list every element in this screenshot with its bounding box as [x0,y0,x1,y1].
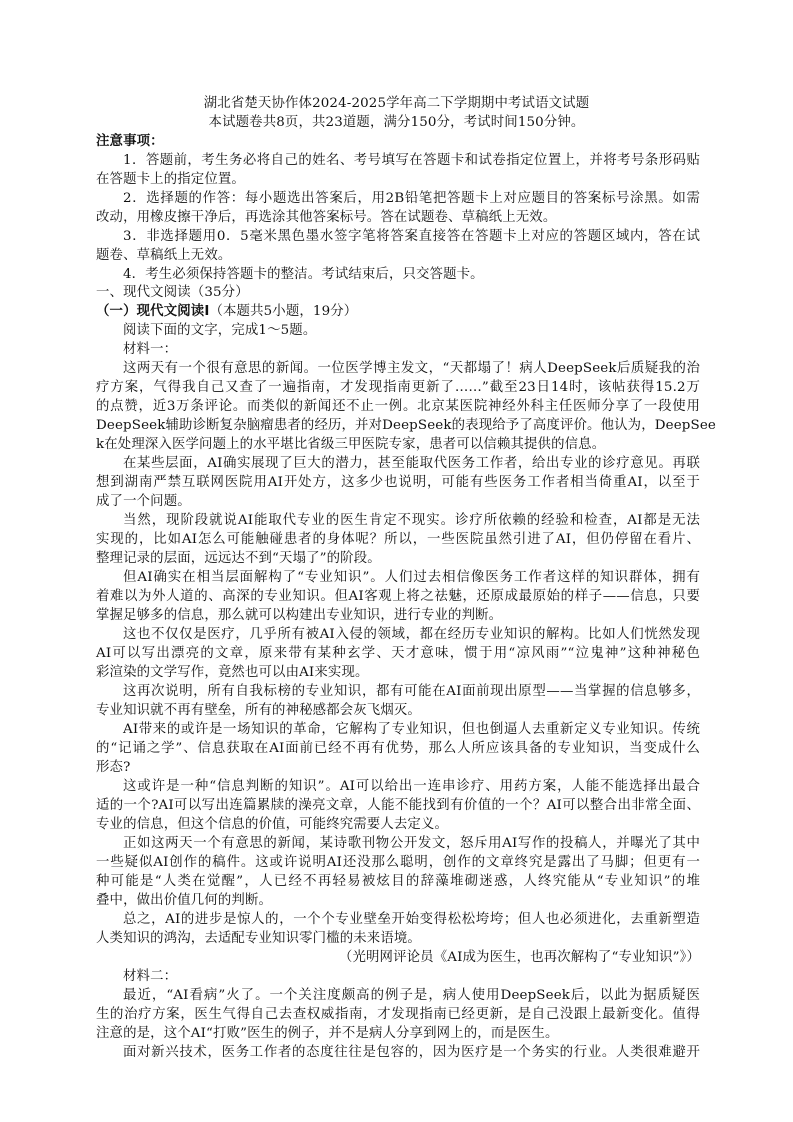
exam-title: 湖北省楚天协作体2024-2025学年高二下学期期中考试语文试题 [0,95,793,114]
paragraph-line: 的点赞，近3万条评论。而类似的新闻还不止一例。北京某医院神经外科主任医师分享了一… [96,398,700,417]
material-one-source: （光明网评论员《AI成为医生，也再次解构了“专业知识”》） [96,949,700,968]
paragraph-line: 生的治疗方案，医生气得自己去查权威指南，才发现指南已经更新，是自己没跟上最新变化… [96,1006,700,1025]
paragraph-line: DeepSeek辅助诊断复杂脑瘤患者的经历，并对DeepSeek的表现给予了高度… [96,417,700,436]
paragraph-line: 正如这两天一个有意思的新闻，某诗歌刊物公开发文，怒斥用AI写作的投稿人，并曝光了… [96,835,700,854]
paragraph-line: AI带来的或许是一场知识的革命，它解构了专业知识，但也倒逼人去重新定义专业知识。… [96,721,700,740]
paragraph-line: 种可能是“人类在觉醒”，人已经不再轻易被炫目的辞藻堆砌迷惑，人终究能从“专业知识… [96,873,700,892]
material-one-label: 材料一： [96,341,700,360]
paragraph-line: 注意的是，这个AI“打败”医生的例子，并不是病人分享到网上的，而是医生。 [96,1025,700,1044]
subsection-note: （本题共5小题，19分） [209,304,357,319]
paragraph-line: 在某些层面，AI确实展现了巨大的潜力，甚至能取代医务工作者，给出专业的诊疗意见。… [96,455,700,474]
paragraph-line: 人类知识的鸿沟，去适配专业知识零门槛的未来语境。 [96,930,700,949]
paragraph-line: 最近，“AI看病”火了。一个关注度颇高的例子是，病人使用DeepSeek后，以此… [96,987,700,1006]
paragraph-line: 形态? [96,759,700,778]
paragraph-line: 彩渲染的文学写作，竟然也可以由AI来实现。 [96,664,700,683]
paragraph-line: 掌握足够多的信息，那么就可以构建出专业知识，进行专业的判断。 [96,607,700,626]
paragraph-line: 专业知识就不再有壁垒，所有的神秘感都会灰飞烟灭。 [96,702,700,721]
paragraph-line: 专业的信息，但这个信息的价值，可能终究需要人去定义。 [96,816,700,835]
paragraph-line: 但AI确实在相当层面解构了“专业知识”。人们过去相信像医务工作者这样的知识群体，… [96,569,700,588]
notice-line: 4．考生必须保持答题卡的整洁。考试结束后，只交答题卡。 [96,266,700,285]
exam-subtitle: 本试题卷共8页，共23道题，满分150分，考试时间150分钟。 [0,114,793,133]
paragraph-line: 面对新兴技术，医务工作者的态度往往是包容的，因为医疗是一个务实的行业。人类很难避… [96,1044,700,1063]
paragraph-line: 总之，AI的进步是惊人的，一个个专业壁垒开始变得松松垮垮；但人也必须进化，去重新… [96,911,700,930]
paragraph-line: 想到湖南严禁互联网医院用AI开处方，这多少也说明，可能有些医务工作者相当倚重AI… [96,474,700,493]
paragraph-line: 这或许是一种“信息判断的知识”。AI可以给出一连串诊疗、用药方案，人能不能选择出… [96,778,700,797]
material-two-label: 材料二： [96,968,700,987]
notice-line: 在答题卡上的指定位置。 [96,171,700,190]
paragraph-line: 疗方案，气得我自己又查了一遍指南，才发现指南更新了……”截至23日14时，该帖获… [96,379,700,398]
section-heading: 一、现代文阅读（35分） [96,284,700,303]
paragraph-line: 整理记录的层面，远远达不到“天塌了”的阶段。 [96,550,700,569]
paragraph-line: 着难以为外人道的、高深的专业知识。但AI客观上将之祛魅，还原成最原始的样子——信… [96,588,700,607]
paragraph-line: 叠中，做出价值几何的判断。 [96,892,700,911]
paragraph-line: 的“记诵之学”、信息获取在AI面前已经不再有优势，那么人所应该具备的专业知识，当… [96,740,700,759]
paragraph-line: 实现的，比如AI怎么可能触碰患者的身体呢？所以，一些医院虽然引进了AI，但仍停留… [96,531,700,550]
paragraph-line: 这再次说明，所有自我标榜的专业知识，都有可能在AI面前现出原型——当掌握的信息够… [96,683,700,702]
reading-instruction: 阅读下面的文字，完成1～5题。 [96,322,700,341]
paragraph-line: AI可以写出漂亮的文章，原来带有某种玄学、天才意味，惯于用“凉风雨”“泣鬼神”这… [96,645,700,664]
notice-line: 3．非选择题用0．5毫米黑色墨水签字笔将答案直接答在答题卡上对应的答题区域内，答… [96,228,700,247]
exam-page: 湖北省楚天协作体2024-2025学年高二下学期期中考试语文试题 本试题卷共8页… [0,0,793,1122]
notice-line: 题卷、草稿纸上无效。 [96,247,700,266]
paragraph-line: 这两天有一个很有意思的新闻。一位医学博主发文，“天都塌了！病人DeepSeek后… [96,360,700,379]
paragraph-line: 当然，现阶段就说AI能取代专业的医生肯定不现实。诊疗所依赖的经验和检查，AI都是… [96,512,700,531]
paragraph-line: 一些疑似AI创作的稿件。这或许说明AI还没那么聪明，创作的文章终究是露出了马脚；… [96,854,700,873]
notice-heading: 注意事项： [96,133,700,152]
notice-line: 改动，用橡皮擦干净后，再选涂其他答案标号。答在试题卷、草稿纸上无效。 [96,209,700,228]
notice-line: 1．答题前，考生务必将自己的姓名、考号填写在答题卡和试卷指定位置上，并将考号条形… [96,152,700,171]
notice-line: 2．选择题的作答：每小题选出答案后，用2B铅笔把答题卡上对应题目的答案标号涂黑。… [96,190,700,209]
paragraph-line: 适的一个?AI可以写出连篇累牍的澡亮文章，人能不能找到有价值的一个？AI可以整合… [96,797,700,816]
paragraph-line: 成了一个问题。 [96,493,700,512]
subsection-title: （一）现代文阅读Ⅰ [96,304,209,319]
paragraph-line: k在处理深入医学问题上的水平堪比省级三甲医院专家，患者可以信赖其提供的信息。 [96,436,700,455]
subsection-heading: （一）现代文阅读Ⅰ（本题共5小题，19分） [96,303,700,322]
paragraph-line: 这也不仅仅是医疗，几乎所有被AI入侵的领域，都在经历专业知识的解构。比如人们恍然… [96,626,700,645]
